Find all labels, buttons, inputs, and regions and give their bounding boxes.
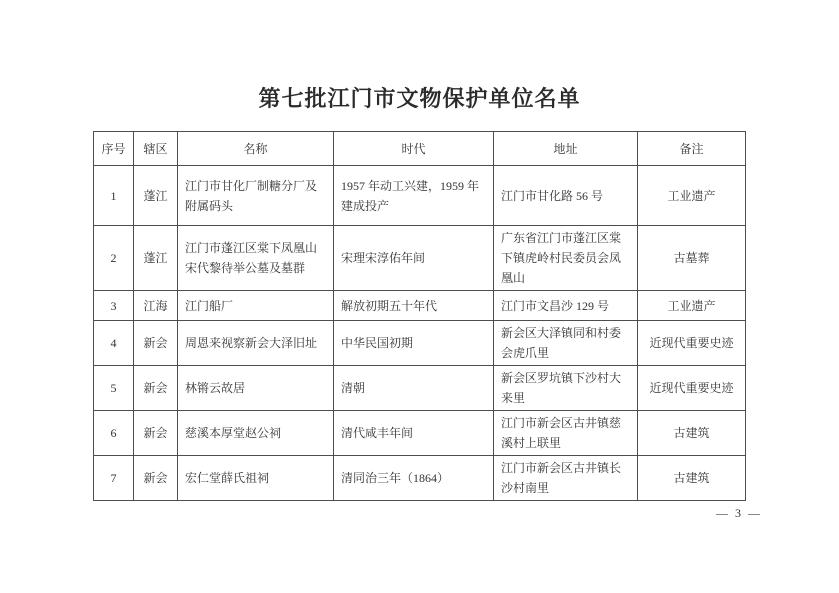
cell-remarks: 古建筑 <box>638 411 746 456</box>
cell-name: 江门市蓬江区棠下凤凰山宋代黎待举公墓及墓群 <box>178 226 334 291</box>
cell-name: 林锵云故居 <box>178 366 334 411</box>
cell-remarks: 近现代重要史迹 <box>638 366 746 411</box>
cell-address: 江门市新会区古井镇慈溪村上联里 <box>494 411 638 456</box>
table-row: 1蓬江江门市甘化厂制糖分厂及附属码头1957 年动工兴建，1959 年建成投产江… <box>94 166 746 226</box>
col-header-serial: 序号 <box>94 132 134 166</box>
page-title: 第七批江门市文物保护单位名单 <box>0 82 839 113</box>
cell-name: 慈溪本厚堂赵公祠 <box>178 411 334 456</box>
table-row: 3江海江门船厂解放初期五十年代江门市文昌沙 129 号工业遗产 <box>94 291 746 321</box>
document-page: { "page": { "title": "第七批江门市文物保护单位名单", "… <box>0 0 839 593</box>
cell-district: 新会 <box>134 411 178 456</box>
cell-district: 新会 <box>134 366 178 411</box>
cell-serial: 4 <box>94 321 134 366</box>
cell-era: 清朝 <box>334 366 494 411</box>
cell-address: 新会区罗坑镇下沙村大来里 <box>494 366 638 411</box>
col-header-district: 辖区 <box>134 132 178 166</box>
table-row: 4新会周恩来视察新会大泽旧址中华民国初期新会区大泽镇同和村委会虎爪里近现代重要史… <box>94 321 746 366</box>
cell-address: 江门市文昌沙 129 号 <box>494 291 638 321</box>
table-header-row: 序号 辖区 名称 时代 地址 备注 <box>94 132 746 166</box>
col-header-remarks: 备注 <box>638 132 746 166</box>
cell-serial: 3 <box>94 291 134 321</box>
cell-address: 江门市新会区古井镇长沙村南里 <box>494 456 638 501</box>
cell-era: 1957 年动工兴建，1959 年建成投产 <box>334 166 494 226</box>
table-row: 6新会慈溪本厚堂赵公祠清代咸丰年间江门市新会区古井镇慈溪村上联里古建筑 <box>94 411 746 456</box>
table-row: 7新会宏仁堂薛氏祖祠清同治三年（1864）江门市新会区古井镇长沙村南里古建筑 <box>94 456 746 501</box>
cell-name: 江门船厂 <box>178 291 334 321</box>
cell-district: 新会 <box>134 321 178 366</box>
cell-era: 解放初期五十年代 <box>334 291 494 321</box>
cell-era: 宋理宋淳佑年间 <box>334 226 494 291</box>
cell-name: 江门市甘化厂制糖分厂及附属码头 <box>178 166 334 226</box>
cell-address: 江门市甘化路 56 号 <box>494 166 638 226</box>
heritage-units-table: 序号 辖区 名称 时代 地址 备注 1蓬江江门市甘化厂制糖分厂及附属码头1957… <box>93 131 746 501</box>
cell-district: 新会 <box>134 456 178 501</box>
cell-serial: 1 <box>94 166 134 226</box>
cell-remarks: 古墓葬 <box>638 226 746 291</box>
col-header-name: 名称 <box>178 132 334 166</box>
cell-name: 宏仁堂薛氏祖祠 <box>178 456 334 501</box>
cell-district: 蓬江 <box>134 166 178 226</box>
table-row: 2蓬江江门市蓬江区棠下凤凰山宋代黎待举公墓及墓群宋理宋淳佑年间广东省江门市蓬江区… <box>94 226 746 291</box>
col-header-address: 地址 <box>494 132 638 166</box>
cell-serial: 6 <box>94 411 134 456</box>
cell-address: 新会区大泽镇同和村委会虎爪里 <box>494 321 638 366</box>
col-header-era: 时代 <box>334 132 494 166</box>
cell-remarks: 近现代重要史迹 <box>638 321 746 366</box>
table-row: 5新会林锵云故居清朝新会区罗坑镇下沙村大来里近现代重要史迹 <box>94 366 746 411</box>
cell-serial: 5 <box>94 366 134 411</box>
cell-name: 周恩来视察新会大泽旧址 <box>178 321 334 366</box>
cell-district: 蓬江 <box>134 226 178 291</box>
cell-era: 清代咸丰年间 <box>334 411 494 456</box>
cell-remarks: 工业遗产 <box>638 166 746 226</box>
cell-serial: 2 <box>94 226 134 291</box>
page-number: — 3 — <box>716 506 762 521</box>
cell-address: 广东省江门市蓬江区棠下镇虎岭村民委员会凤凰山 <box>494 226 638 291</box>
cell-era: 中华民国初期 <box>334 321 494 366</box>
cell-era: 清同治三年（1864） <box>334 456 494 501</box>
cell-district: 江海 <box>134 291 178 321</box>
cell-remarks: 古建筑 <box>638 456 746 501</box>
cell-serial: 7 <box>94 456 134 501</box>
cell-remarks: 工业遗产 <box>638 291 746 321</box>
